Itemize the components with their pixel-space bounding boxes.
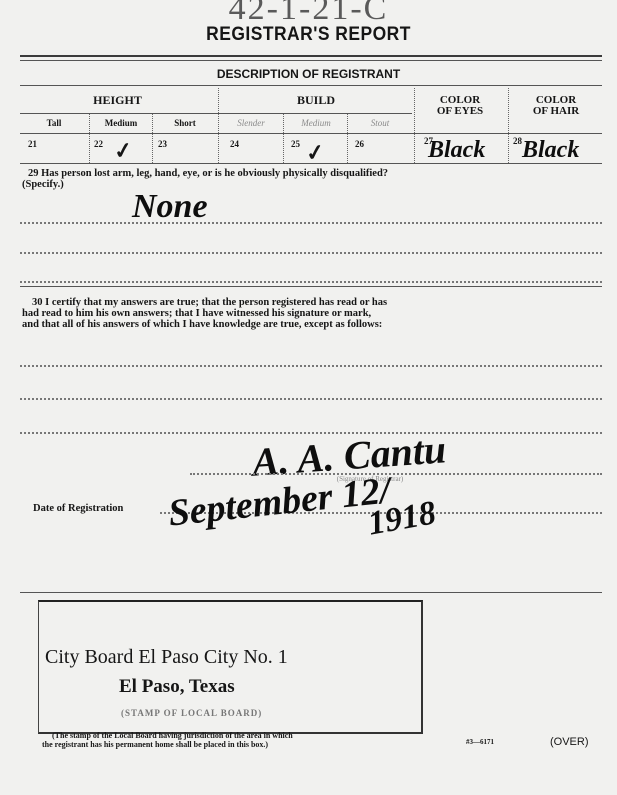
divider (20, 55, 602, 57)
field-number-26: 26 (355, 139, 364, 149)
height-medium-label: Medium (90, 118, 152, 128)
section-title-description: DESCRIPTION OF REGISTRANT (0, 67, 617, 81)
eye-color-value: Black (428, 137, 485, 164)
build-header: BUILD (222, 93, 410, 108)
answer-line (20, 365, 602, 367)
over-indicator: (OVER) (550, 736, 589, 748)
stamp-location: El Paso, Texas (119, 676, 235, 698)
answer-line (20, 398, 602, 400)
divider (20, 60, 602, 61)
field-number-22: 22 (94, 139, 103, 149)
local-board-stamp-box: City Board El Paso City No. 1 El Paso, T… (38, 600, 423, 734)
build-slender-label: Slender (220, 118, 282, 128)
form-number: #3—6171 (466, 738, 494, 747)
question-29-answer: None (132, 188, 208, 226)
question-29-text: 29 Has person lost arm, leg, hand, eye, … (28, 168, 608, 190)
question-30-text: 30 I certify that my answers are true; t… (22, 297, 612, 330)
answer-line (20, 281, 602, 283)
field-number-28: 28 (513, 136, 522, 146)
field-number-21: 21 (28, 139, 37, 149)
build-medium-check-icon: ✓ (304, 139, 326, 167)
divider (20, 286, 602, 287)
divider (414, 88, 415, 163)
field-number-24: 24 (230, 139, 239, 149)
height-header: HEIGHT (20, 93, 215, 108)
divider (218, 88, 219, 163)
stamp-board-name: City Board El Paso City No. 1 (45, 646, 288, 669)
hair-color-value: Black (522, 137, 579, 164)
stamp-instructions: (The stamp of the Local Board having jur… (42, 731, 422, 749)
divider (20, 133, 602, 134)
field-number-25: 25 (291, 139, 300, 149)
eyes-header: COLOR OF EYES (416, 95, 504, 117)
divider (508, 88, 509, 163)
height-tall-label: Tall (20, 118, 88, 128)
build-medium-label: Medium (285, 118, 347, 128)
height-medium-check-icon: ✓ (112, 137, 134, 165)
divider (20, 592, 602, 593)
divider (347, 114, 348, 163)
divider (283, 114, 284, 163)
registrars-report-document: 42-1-21-C REGISTRAR'S REPORT DESCRIPTION… (0, 0, 617, 795)
stamp-caption: (STAMP OF LOCAL BOARD) (121, 708, 262, 718)
answer-line (20, 252, 602, 254)
height-short-label: Short (153, 118, 217, 128)
build-stout-label: Stout (349, 118, 411, 128)
page-title: REGISTRAR'S REPORT (25, 24, 593, 46)
divider (20, 85, 602, 86)
divider (20, 113, 412, 114)
answer-line (20, 222, 602, 224)
field-number-23: 23 (158, 139, 167, 149)
registration-date-label: Date of Registration (33, 503, 123, 514)
hair-header: COLOR OF HAIR (510, 95, 602, 117)
